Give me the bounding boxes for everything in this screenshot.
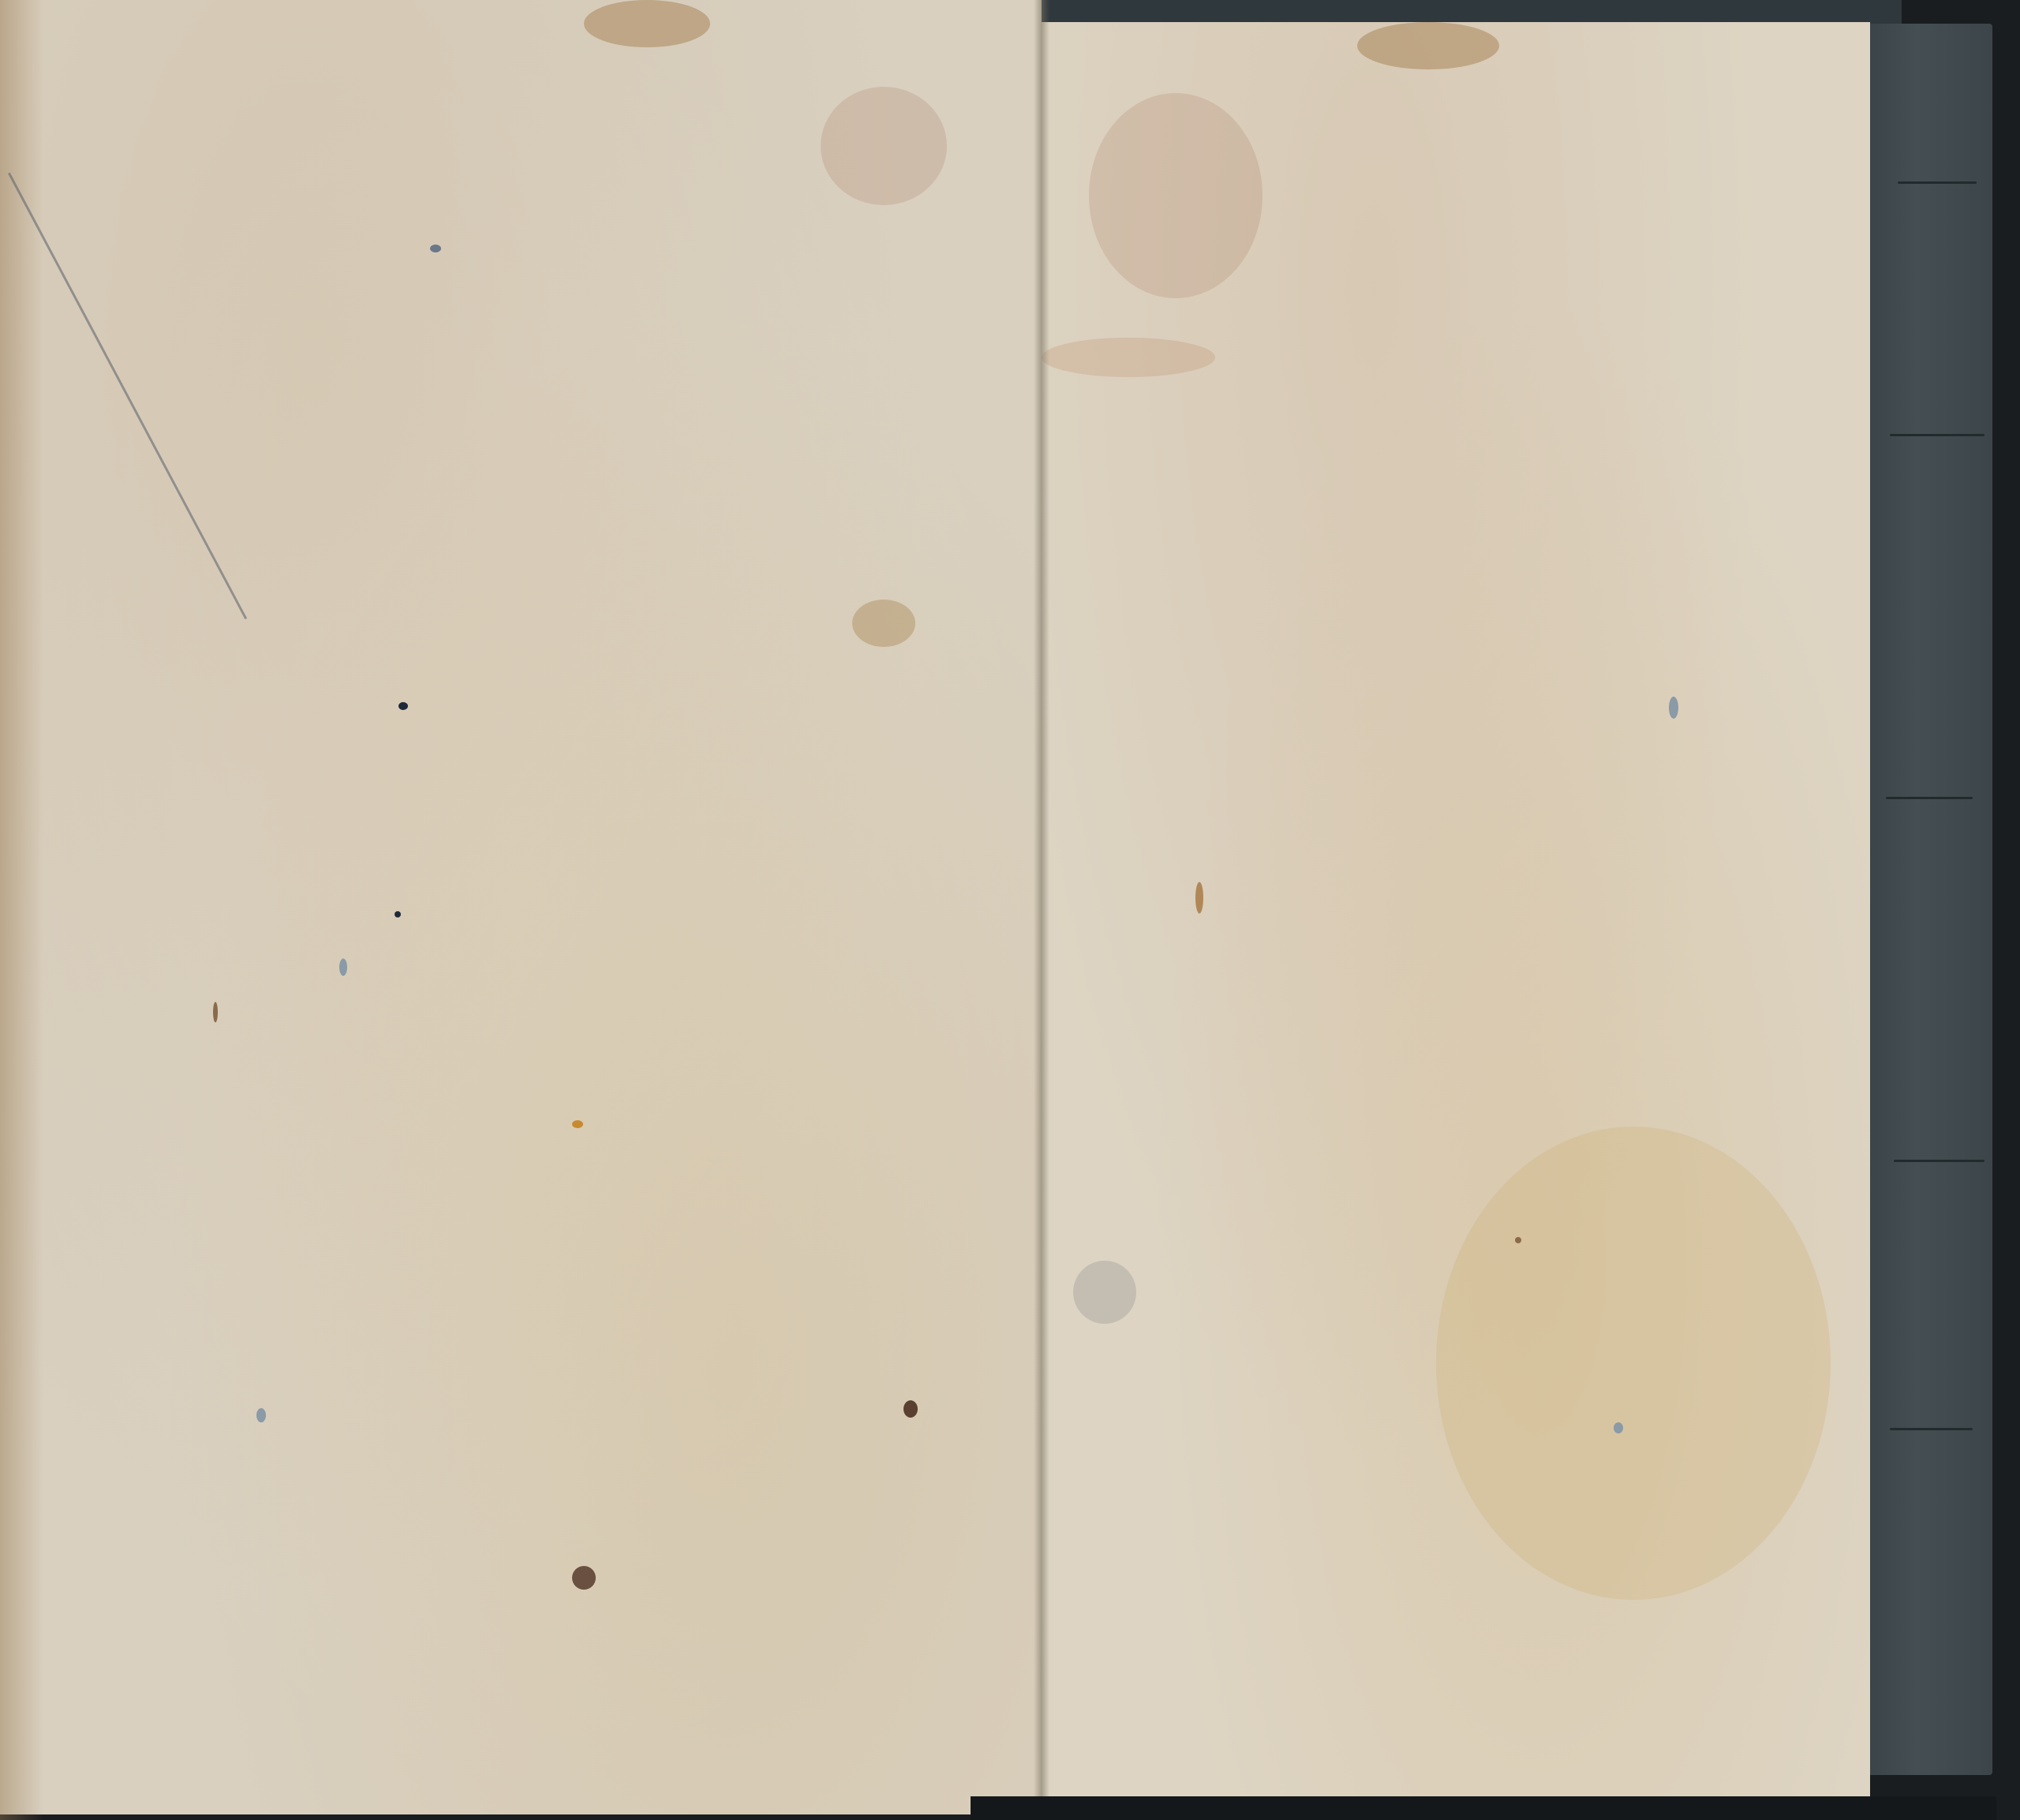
tide-line [1042, 338, 1215, 377]
stain [821, 87, 947, 205]
stain [584, 0, 710, 47]
stain [1089, 93, 1262, 298]
stain [1357, 22, 1499, 69]
fiber-inclusion [852, 600, 915, 647]
right-page [1042, 22, 1870, 1801]
stain [1073, 1261, 1136, 1324]
foxing [1436, 1127, 1831, 1600]
center-gutter [1034, 0, 1049, 1820]
left-page-edge [0, 0, 43, 1820]
left-page [0, 0, 1042, 1814]
book-photo: Blank foxed endpaper spread [0, 0, 2020, 1820]
bottom-shadow [971, 1796, 1996, 1820]
pencil-mark [8, 173, 247, 619]
cover-spine [1866, 24, 1992, 1775]
cover-top-edge [1018, 0, 1902, 24]
